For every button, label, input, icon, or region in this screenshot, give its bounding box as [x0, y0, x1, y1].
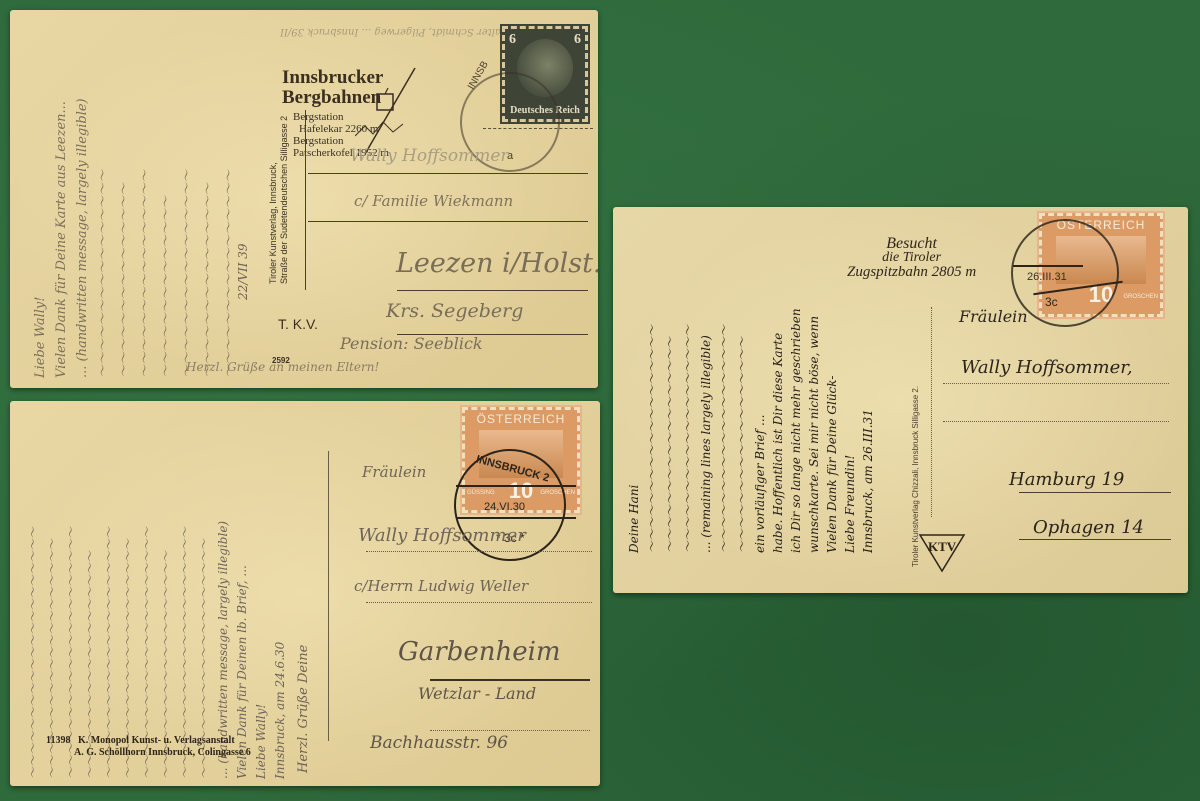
city: Leezen i/Holst. [396, 248, 598, 279]
handwritten-message: Deine Hani ～～～～～～～～～～～～～～～～～～～ ～～～～～～～～～… [625, 308, 877, 553]
divider-line [305, 110, 306, 290]
postmark-bar [1013, 265, 1083, 267]
publisher-imprint: Tiroler Kunstverlag, Innsbruck, Straße d… [268, 116, 290, 284]
publisher-logo: T. K.V. [278, 317, 318, 332]
recipient-name: Wally Hoffsommer, [961, 357, 1133, 378]
handwritten-message: Liebe Wally! Vielen Dank für Deine Karte… [30, 98, 240, 378]
district: Wetzlar - Land [418, 684, 536, 703]
ktv-logo: KTV [918, 533, 966, 573]
care-of: c/Herrn Ludwig Weller [354, 577, 528, 595]
postmark-date: 26.III.31 [1027, 271, 1067, 283]
street: Bachhausstr. 96 [370, 733, 508, 753]
postcard-right: Deine Hani ～～～～～～～～～～～～～～～～～～～ ～～～～～～～～～… [613, 207, 1188, 593]
address-line-1 [943, 383, 1169, 384]
recipient-name: Wally Hoffsommer [350, 146, 509, 166]
recipient-name: Wally Hoffsommer [358, 525, 526, 546]
address-line-2 [366, 602, 592, 603]
postmark-date: 24.VI.30 [484, 501, 525, 513]
address-line-4 [430, 730, 590, 731]
address-line-1 [308, 173, 588, 174]
city: Garbenheim [398, 637, 561, 667]
divider-line [328, 451, 329, 741]
address-line-1 [366, 551, 592, 552]
address-line-2 [943, 421, 1169, 422]
street: Ophagen 14 [1033, 517, 1144, 538]
note-to-parents: Herzl. Grüße an meinen Eltern! [186, 360, 379, 374]
care-of: c/ Familie Wiekmann [354, 192, 513, 210]
postcard-bottom-left: ～～～～～～～～～～～～～～～～～～～～～ ～～～～～～～～～～～～～～～～～～… [10, 401, 600, 786]
address-line-3 [397, 290, 588, 291]
address-line-4 [1019, 539, 1171, 540]
cable-car-icon [355, 66, 425, 156]
divider-line [931, 307, 932, 517]
address-line-3 [1019, 492, 1171, 493]
postmark-bar [456, 485, 576, 487]
postmark-wave [483, 128, 593, 129]
postmark-bar [456, 517, 576, 519]
salutation: Fräulein [362, 463, 426, 481]
publisher-imprint: 11398 K. Monopol Kunst- u. Verlagsanstal… [46, 735, 251, 759]
promo-text: Besucht die Tiroler Zugspitzbahn 2805 m [847, 237, 976, 279]
address-line-3 [430, 679, 590, 681]
address-line-2 [308, 221, 588, 222]
date-marginal: 22/VII 39 [236, 243, 250, 300]
postmark-code: 3c [1045, 295, 1058, 309]
upside-down-note: Walter Schmidt, Pilgerweg ... Innsbruck … [280, 26, 510, 37]
city: Hamburg 19 [1009, 469, 1124, 490]
salutation: Fräulein [959, 307, 1028, 326]
district: Krs. Segeberg [386, 300, 523, 322]
postcard-top-left: Liebe Wally! Vielen Dank für Deine Karte… [10, 10, 598, 388]
lodging: Pension: Seeblick [340, 334, 483, 353]
closing: Herzl. Grüße Deine [296, 645, 311, 773]
